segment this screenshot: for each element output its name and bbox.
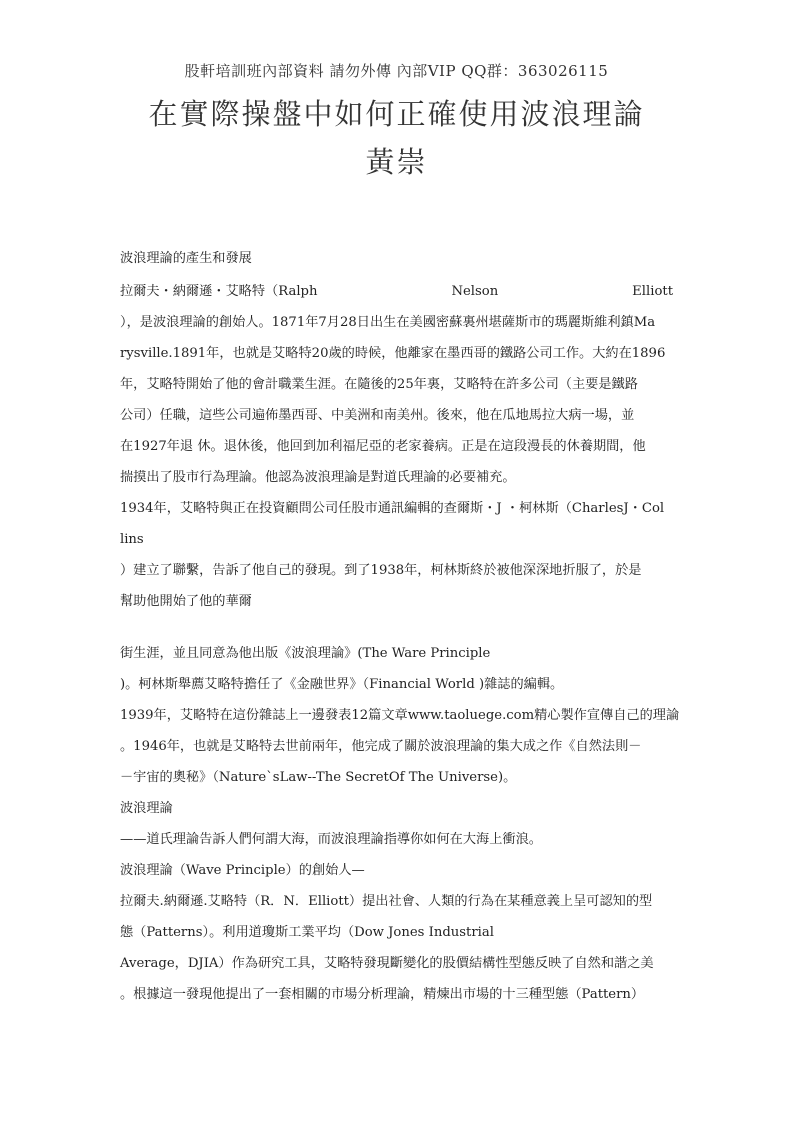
text-line: 1939年，艾略特在這份雜誌上一邊發表12篇文章www.taoluege.com… <box>120 707 673 725</box>
text-line: 幫助他開始了他的華爾 <box>120 593 673 611</box>
text-fragment: 拉爾夫・納爾遜・艾略特（Ralph <box>120 283 318 301</box>
text-line: 拉爾夫・納爾遜・艾略特（RalphNelsonElliott <box>120 283 673 301</box>
page-title: 在實際操盤中如何正確使用波浪理論 <box>0 92 793 133</box>
text-line: 公司）任職，這些公司遍佈墨西哥、中美洲和南美州。後來，他在瓜地馬拉大病一場，並 <box>120 407 673 425</box>
text-line: Average，DJIA）作為研究工具，艾略特發現斷變化的股價結構性型態反映了自… <box>120 955 673 973</box>
text-line: ——道氏理論告訴人們何謂大海，而波浪理論指導你如何在大海上衝浪。 <box>120 831 673 849</box>
text-line: ），是波浪理論的創始人。1871年7月28日出生在美國密蘇裏州堪薩斯市的瑪麗斯維… <box>120 314 673 332</box>
text-fragment: Elliott <box>632 283 673 301</box>
text-line: 。1946年，也就是艾略特去世前兩年，他完成了關於波浪理論的集大成之作《自然法則… <box>120 738 673 756</box>
text-line: 態（Patterns）。利用道瓊斯工業平均（Dow Jones Industri… <box>120 924 673 942</box>
text-line: )。柯林斯舉薦艾略特擔任了《金融世界》（Financial World )雜誌的… <box>120 676 673 694</box>
text-line: 波浪理論的產生和發展 <box>120 250 673 268</box>
header-note: 股軒培訓班內部資料 請勿外傳 內部VIP QQ群：363026115 <box>0 60 793 81</box>
text-line: 揣摸出了股市行為理論。他認為波浪理論是對道氏理論的必要補充。 <box>120 469 673 487</box>
text-line: 在1927年退 休。退休後，他回到加利福尼亞的老家養病。正是在這段漫長的休養期間… <box>120 438 673 456</box>
text-line: 1934年，艾略特與正在投資顧問公司任股市通訊編輯的查爾斯・J ・柯林斯（Cha… <box>120 500 673 518</box>
text-line: rysville.1891年，也就是艾略特20歲的時候，他離家在墨西哥的鐵路公司… <box>120 345 673 363</box>
text-line: 街生涯，並且同意為他出版《波浪理論》(The Ware Principle <box>120 645 673 663</box>
text-line: 波浪理論 <box>120 800 673 818</box>
author-name: 黃崇 <box>0 140 793 181</box>
text-line: ）建立了聯繫，告訴了他自己的發現。到了1938年，柯林斯終於被他深深地折服了，於… <box>120 562 673 580</box>
text-line: －宇宙的奧秘》（Nature`sLaw--The SecretOf The Un… <box>120 769 673 787</box>
text-line: lins <box>120 531 673 549</box>
text-line: 拉爾夫.納爾遜.艾略特（R．N．Elliott）提出社會、人類的行為在某種意義上… <box>120 893 673 911</box>
text-line: 波浪理論（Wave Principle）的創始人— <box>120 862 673 880</box>
text-line: 。根據這一發現他提出了一套相關的市場分析理論，精煉出市場的十三種型態（Patte… <box>120 986 673 1004</box>
text-fragment: Nelson <box>451 283 498 301</box>
text-line: 年，艾略特開始了他的會計職業生涯。在隨後的25年裏，艾略特在許多公司（主要是鐵路 <box>120 376 673 394</box>
